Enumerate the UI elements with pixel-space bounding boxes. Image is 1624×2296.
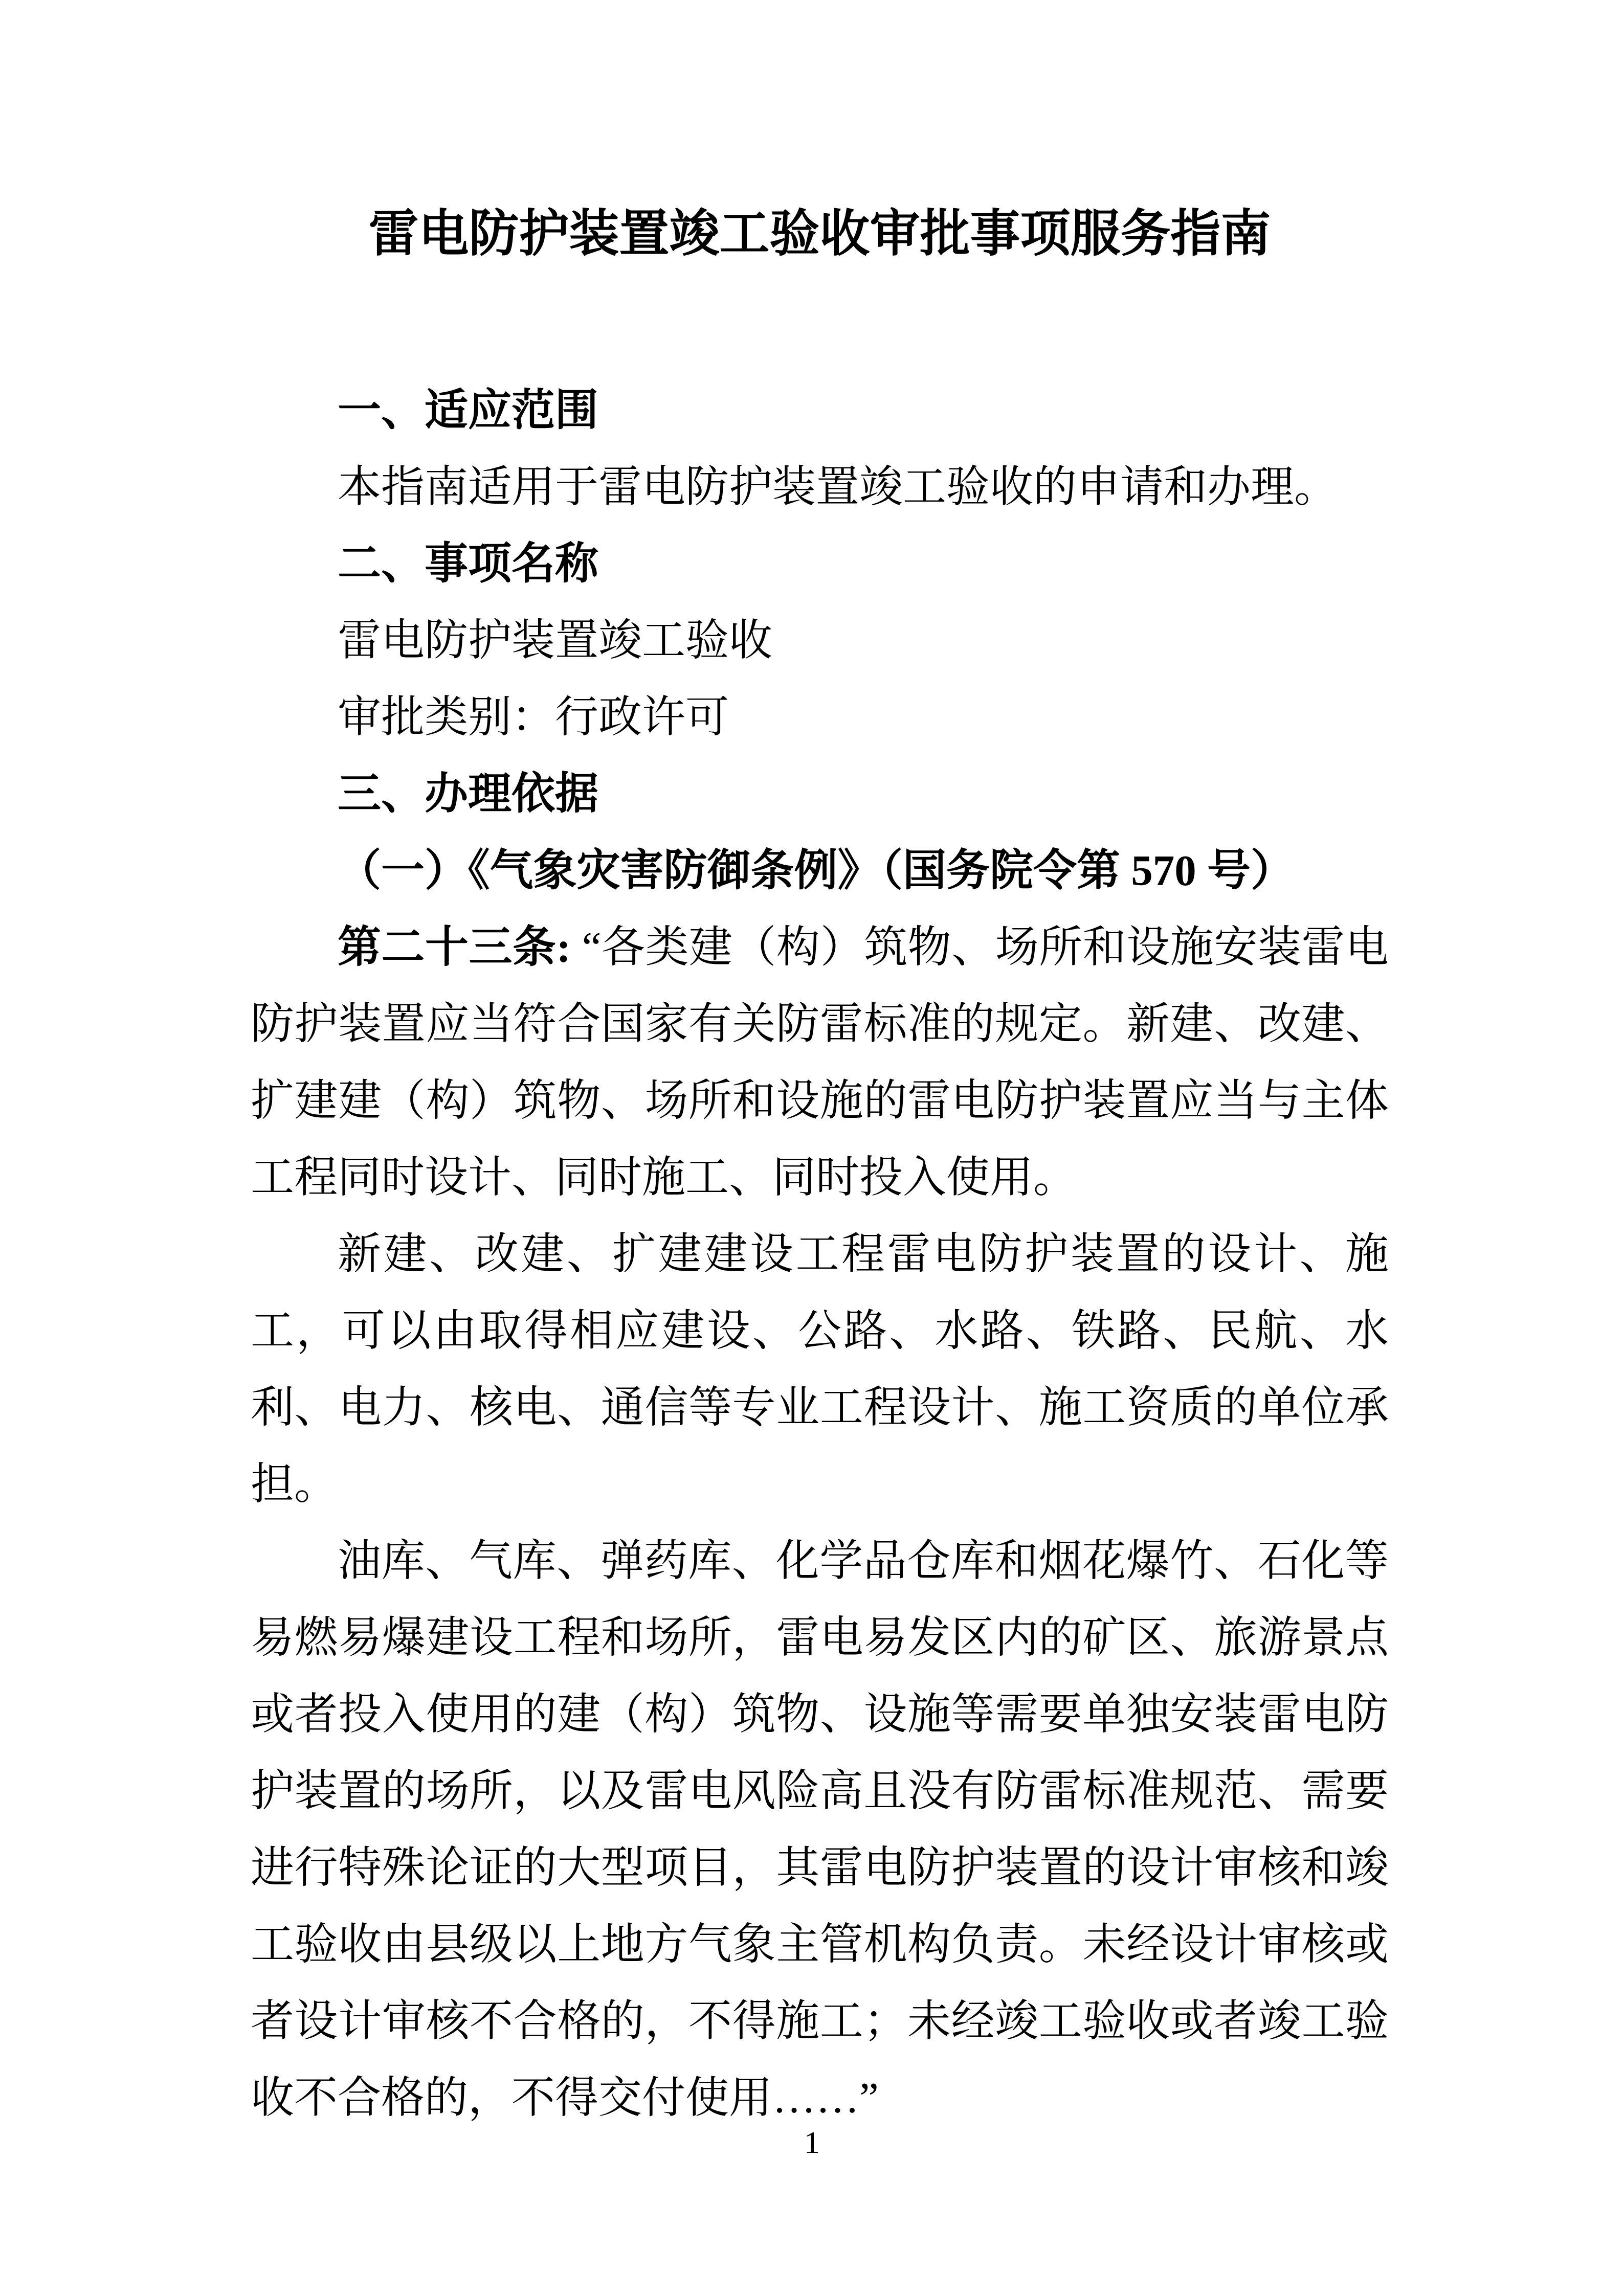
paragraph-item-name: 雷电防护装置竣工验收 xyxy=(251,602,1389,679)
document-title: 雷电防护装置竣工验收审批事项服务指南 xyxy=(251,0,1389,265)
section-heading-item-name: 二、事项名称 xyxy=(251,526,1389,602)
paragraph-special-places: 油库、气库、弹药库、化学品仓库和烟花爆竹、石化等易燃易爆建设工程和场所，雷电易发… xyxy=(251,1523,1389,2136)
paragraph-approval-category: 审批类别：行政许可 xyxy=(251,679,1389,756)
paragraph-article-23: 第二十三条: “各类建（构）筑物、场所和设施安装雷电防护装置应当符合国家有关防雷… xyxy=(251,909,1389,1216)
paragraph-scope-description: 本指南适用于雷电防护装置竣工验收的申请和办理。 xyxy=(251,449,1389,526)
section-heading-scope: 一、适应范围 xyxy=(251,372,1389,449)
page-number: 1 xyxy=(0,2126,1624,2159)
document-page: 雷电防护装置竣工验收审批事项服务指南 一、适应范围 本指南适用于雷电防护装置竣工… xyxy=(0,0,1624,2296)
section-heading-legal-basis: 三、办理依据 xyxy=(251,756,1389,832)
article-23-label: 第二十三条: xyxy=(338,924,571,972)
paragraph-regulation-title: （一）《气象灾害防御条例》（国务院令第 570 号） xyxy=(251,832,1389,909)
document-body: 一、适应范围 本指南适用于雷电防护装置竣工验收的申请和办理。 二、事项名称 雷电… xyxy=(251,372,1389,2136)
paragraph-design-construction: 新建、改建、扩建建设工程雷电防护装置的设计、施工，可以由取得相应建设、公路、水路… xyxy=(251,1216,1389,1523)
